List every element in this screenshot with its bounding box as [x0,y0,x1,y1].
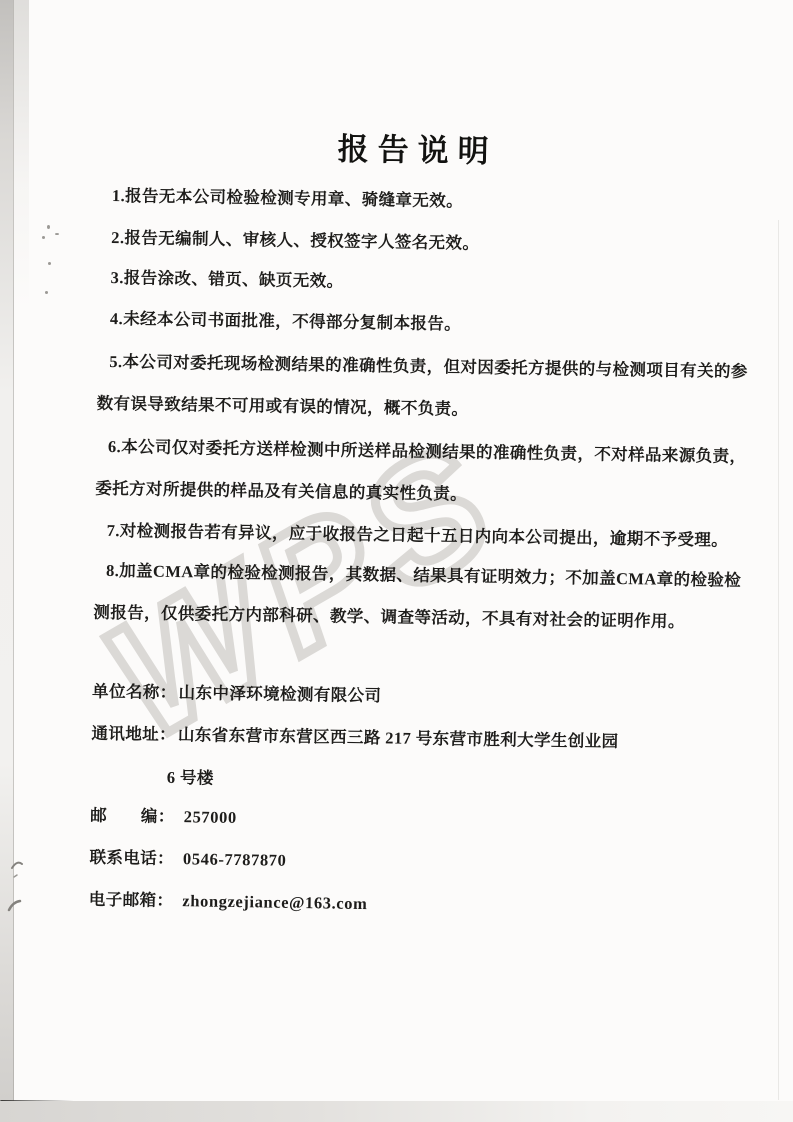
contact-phone: 联系电话：0546-7787870 [89,847,286,872]
note-8-line-2: 测报告，仅供委托方内部科研、教学、调查等活动，不具有对社会的证明作用。 [93,602,685,633]
postal-value: 257000 [184,807,237,827]
pen-marks [4,852,34,927]
scanned-document: WPS 报告说明 1.报告无本公司检验检测专用章、骑缝章无效。 2.报告无编制人… [0,0,793,1122]
address-value: 山东省东营市东营区西三路 217 号东营市胜利大学生创业园 [178,725,619,751]
note-6-line-2: 委托方对所提供的样品及有关信息的真实性负责。 [95,478,467,506]
note-8-line-1: 8.加盖CMA章的检验检测报告，其数据、结果具有证明效力；不加盖CMA章的检验检 [106,560,741,592]
contact-address-line2: 6 号楼 [165,767,214,790]
note-4: 4.未经本公司书面批准，不得部分复制本报告。 [110,308,461,336]
margin-speck [48,262,51,265]
phone-label: 联系电话： [89,848,174,868]
note-7: 7.对检测报告若有异议，应于收报告之日起十五日内向本公司提出，逾期不予受理。 [106,520,728,552]
company-label: 单位名称： [92,682,177,702]
email-label: 电子邮箱： [89,890,174,910]
contact-email: 电子邮箱：zhongzejiance@163.com [89,889,368,915]
scanner-edge-shadow-top [13,0,29,310]
note-6-line-1: 6.本公司仅对委托方送样检测中所送样品检测结果的准确性负责，不对样品来源负责， [108,436,747,468]
phone-value: 0546-7787870 [183,849,287,870]
scanner-edge-shadow [0,0,14,1122]
scanner-bottom-shadow [0,1101,793,1122]
margin-speck [55,233,59,235]
margin-speck [47,225,50,229]
margin-speck [45,291,48,294]
contact-company: 单位名称：山东中泽环境检测有限公司 [92,681,382,708]
margin-speck [42,236,45,239]
contact-address: 通讯地址：山东省东营市东营区西三路 217 号东营市胜利大学生创业园 [91,723,618,753]
page-title: 报告说明 [117,120,718,174]
contact-postal: 邮 编：257000 [90,805,237,829]
paper-right-edge [778,220,779,1100]
email-value: zhongzejiance@163.com [182,891,367,913]
address-value-2: 6 号楼 [167,768,214,788]
pen-marks-graphic [4,852,34,922]
postal-label: 邮 编： [90,806,175,826]
company-value: 山东中泽环境检测有限公司 [178,683,381,705]
note-5-line-1: 5.本公司对委托现场检测结果的准确性负责，但对因委托方提供的与检测项目有关的参 [109,351,748,383]
address-label: 通讯地址： [91,724,176,744]
report-content: 报告说明 1.报告无本公司检验检测专用章、骑缝章无效。 2.报告无编制人、审核人… [98,0,765,1090]
note-1: 1.报告无本公司检验检测专用章、骑缝章无效。 [112,185,463,213]
note-3: 3.报告涂改、错页、缺页无效。 [110,267,343,293]
note-2: 2.报告无编制人、审核人、授权签字人签名无效。 [111,227,479,255]
note-5-line-2: 数有误导致结果不可用或有误的情况，概不负责。 [96,393,468,421]
